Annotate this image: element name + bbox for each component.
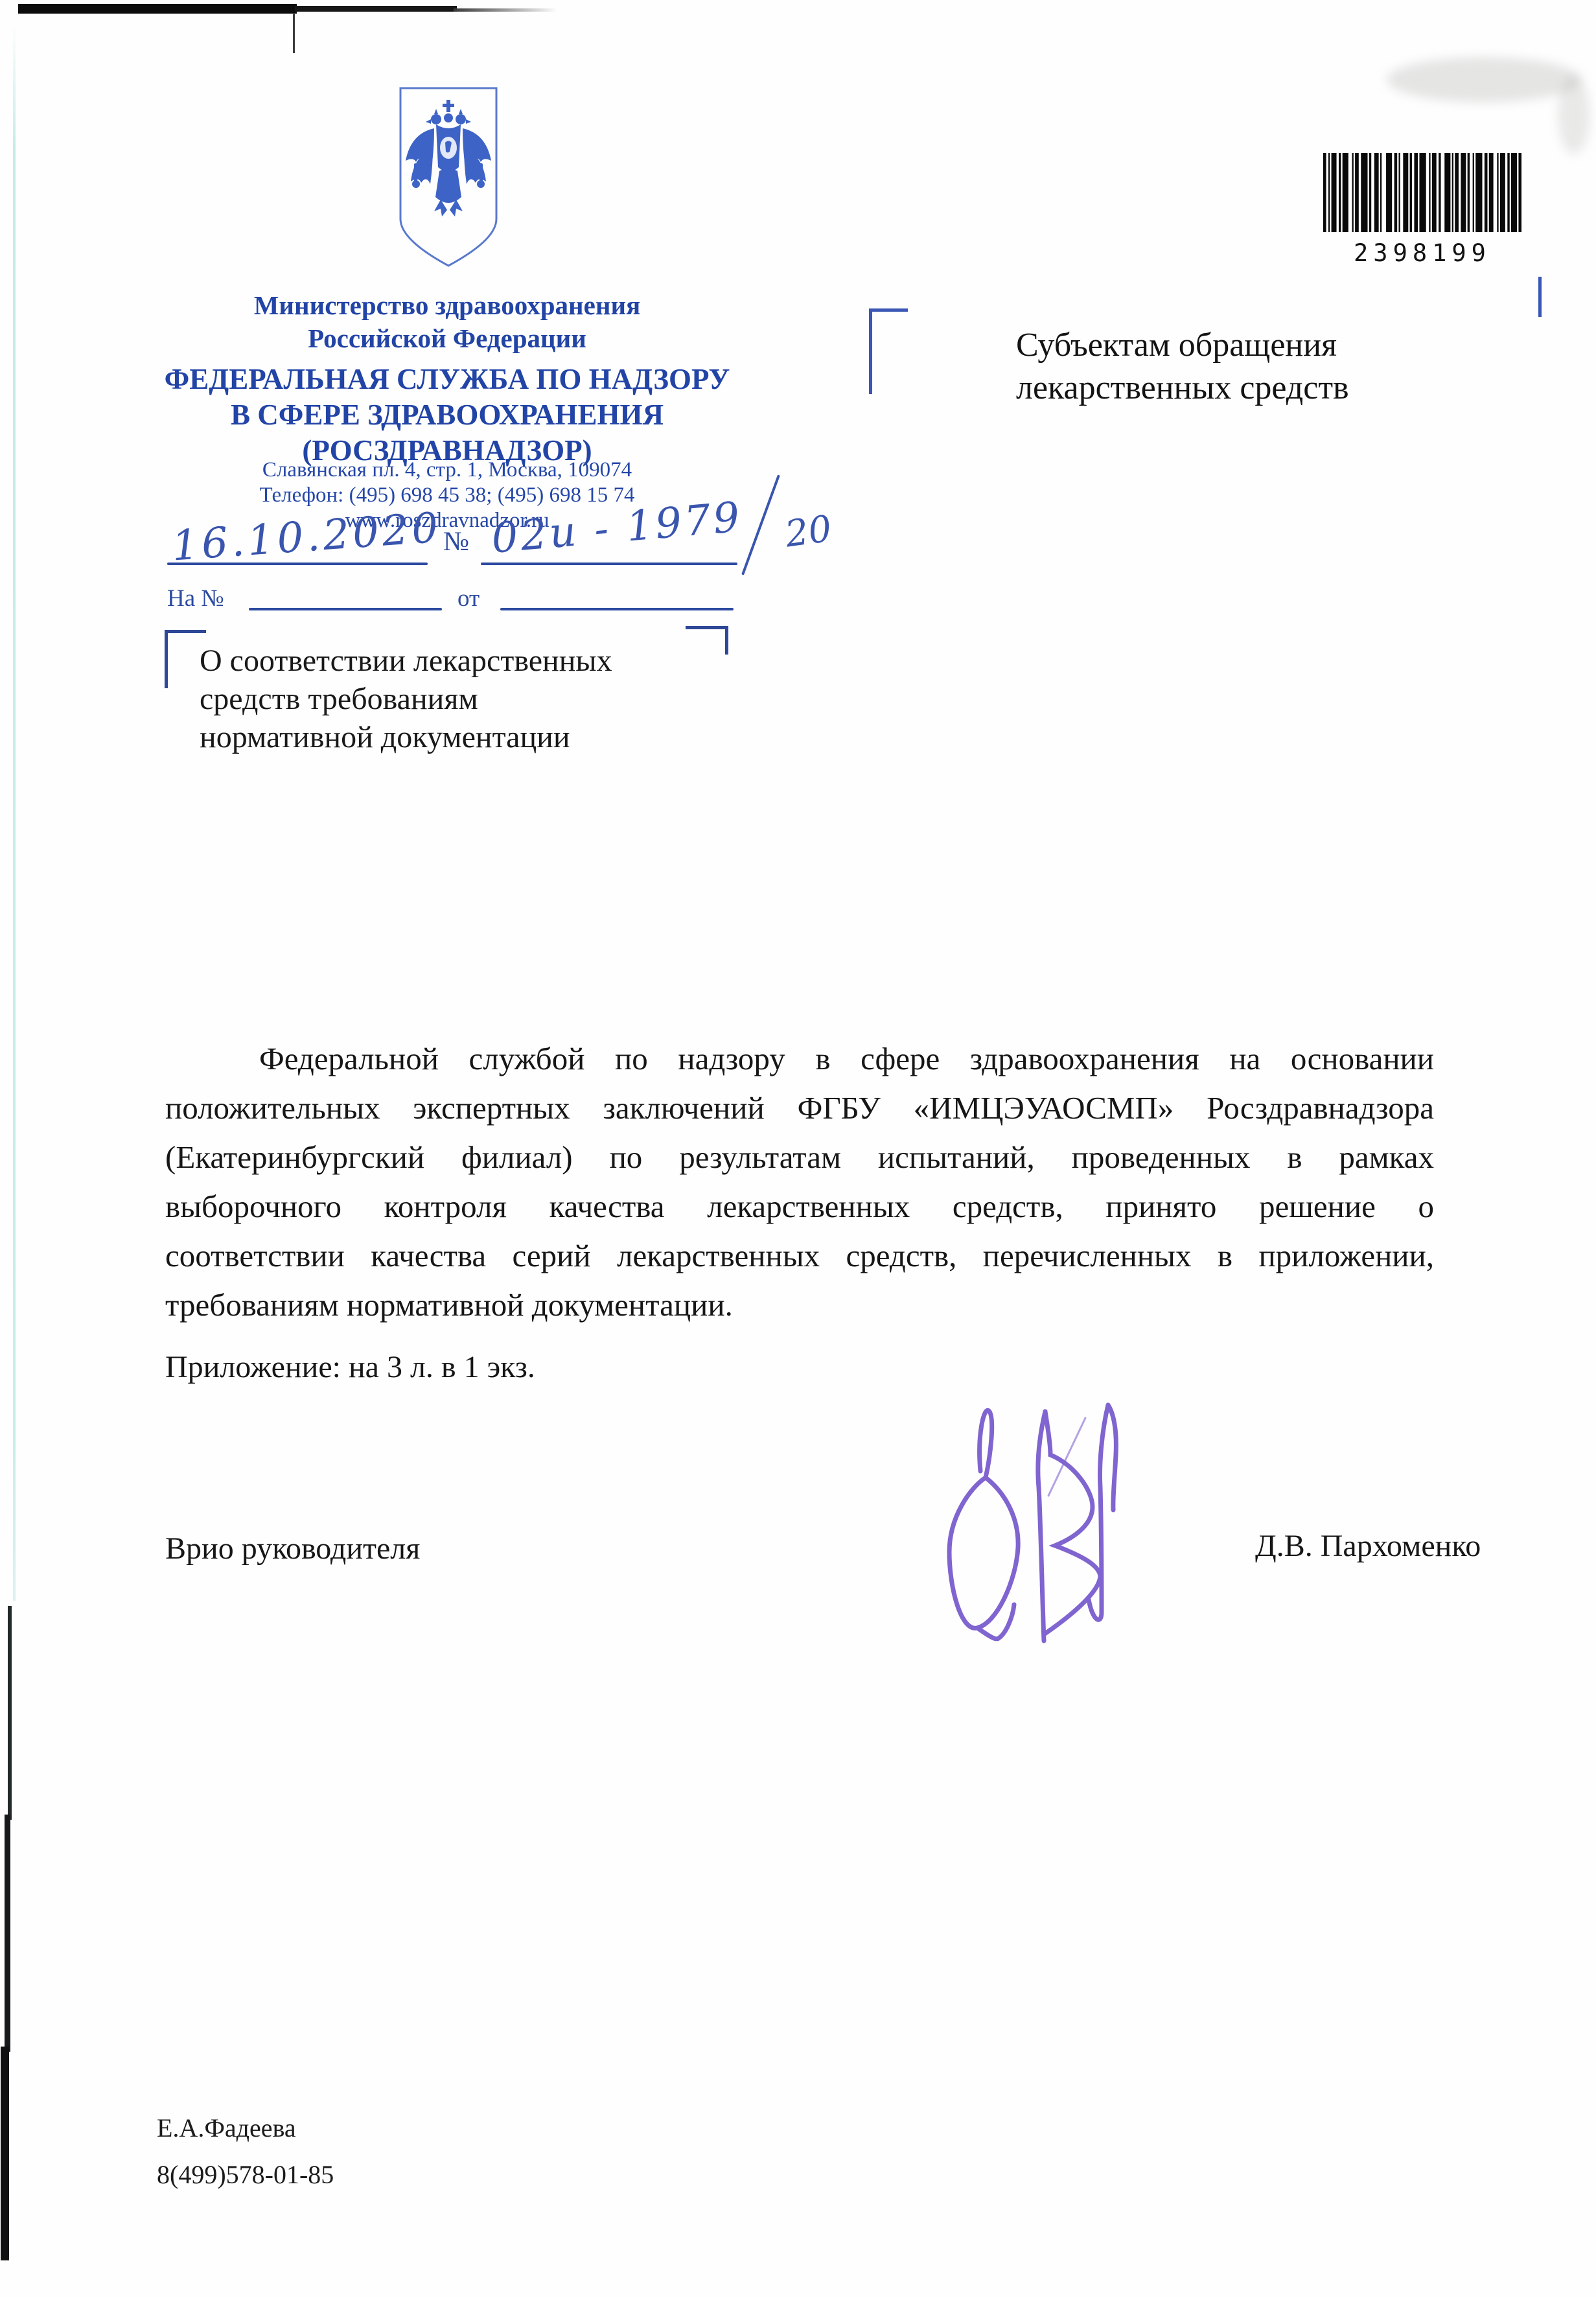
body-line: выборочного контроля качества лекарствен… <box>165 1182 1434 1231</box>
service-line-1: ФЕДЕРАЛЬНАЯ СЛУЖБА ПО НАДЗОРУ <box>97 362 797 397</box>
subject-bracket-right-h <box>686 626 728 629</box>
subject-bracket-right-v <box>725 626 728 655</box>
subject-line-3: нормативной документации <box>200 718 612 756</box>
subject-line-2: средств требованиям <box>200 680 612 718</box>
body-line: соответствии качества серий лекарственны… <box>165 1231 1434 1281</box>
ministry-line-1: Министерство здравоохранения <box>123 289 771 322</box>
scan-artifact-top-line-2 <box>295 6 457 12</box>
executor-phone: 8(499)578-01-85 <box>157 2152 334 2198</box>
barcode-number: 2398199 <box>1323 239 1521 267</box>
subject-block: О соответствии лекарственных средств тре… <box>200 642 612 756</box>
ministry-line-2: Российской Федерации <box>123 322 771 355</box>
number-underline <box>481 563 737 565</box>
executor-name: Е.А.Фадеева <box>157 2105 334 2152</box>
reply-number-underline <box>249 608 442 610</box>
scan-artifact-top-line <box>18 4 297 14</box>
number-sign-label: № <box>443 526 469 557</box>
barcode-bars-icon <box>1323 153 1521 232</box>
body-line: (Екатеринбургский филиал) по результатам… <box>165 1133 1434 1182</box>
signatory-name: Д.В. Пархоменко <box>1255 1528 1481 1564</box>
reply-date-underline <box>500 608 734 610</box>
scan-artifact-top-line-3 <box>454 8 557 12</box>
body-line: Федеральной службой по надзору в сфере з… <box>165 1034 1434 1084</box>
scan-artifact-smudge-2 <box>1558 76 1590 154</box>
body-paragraph: Федеральной службой по надзору в сфере з… <box>165 1034 1434 1330</box>
service-line-2: В СФЕРЕ ЗДРАВООХРАНЕНИЯ <box>97 397 797 433</box>
attachment-line: Приложение: на 3 л. в 1 экз. <box>165 1349 535 1385</box>
coat-of-arms-icon <box>397 86 500 270</box>
subject-bracket-left-v <box>165 630 168 688</box>
barcode: 2398199 <box>1323 153 1521 267</box>
reply-to-label: На № <box>167 585 224 612</box>
letterhead-address: Славянская пл. 4, стр. 1, Москва, 109074 <box>123 458 771 483</box>
handwritten-year: 20 <box>783 507 835 555</box>
scan-artifact-smudge <box>1387 57 1581 102</box>
subject-bracket-left-h <box>165 630 206 633</box>
handwritten-signature <box>925 1374 1139 1678</box>
signatory-title: Врио руководителя <box>165 1531 420 1566</box>
ministry-name: Министерство здравоохранения Российской … <box>123 289 771 355</box>
scan-artifact-left-edge-2 <box>5 1815 10 2052</box>
scan-artifact-top-tick <box>293 13 295 53</box>
service-name: ФЕДЕРАЛЬНАЯ СЛУЖБА ПО НАДЗОРУ В СФЕРЕ ЗД… <box>97 362 797 469</box>
body-line: требованиям нормативной документации. <box>165 1281 1434 1330</box>
scanned-letter-page: Министерство здравоохранения Российской … <box>0 0 1596 2298</box>
recipient-bracket-v <box>869 308 872 394</box>
reply-from-label: от <box>457 585 480 612</box>
date-underline <box>167 563 428 565</box>
recipient-bracket-h <box>869 308 908 312</box>
scan-artifact-left-edge-1 <box>8 1606 12 1820</box>
scan-artifact-left-edge-3 <box>1 2047 9 2260</box>
subject-line-1: О соответствии лекарственных <box>200 642 612 680</box>
body-line: положительных экспертных заключений ФГБУ… <box>165 1084 1434 1133</box>
recipient-line-2: лекарственных средств <box>1016 367 1349 410</box>
executor-block: Е.А.Фадеева 8(499)578-01-85 <box>157 2105 334 2198</box>
scan-artifact-left-cyan-line <box>13 23 16 1601</box>
recipient-block: Субъектам обращения лекарственных средст… <box>1016 324 1349 410</box>
recipient-right-tick <box>1538 277 1542 317</box>
recipient-line-1: Субъектам обращения <box>1016 324 1349 367</box>
